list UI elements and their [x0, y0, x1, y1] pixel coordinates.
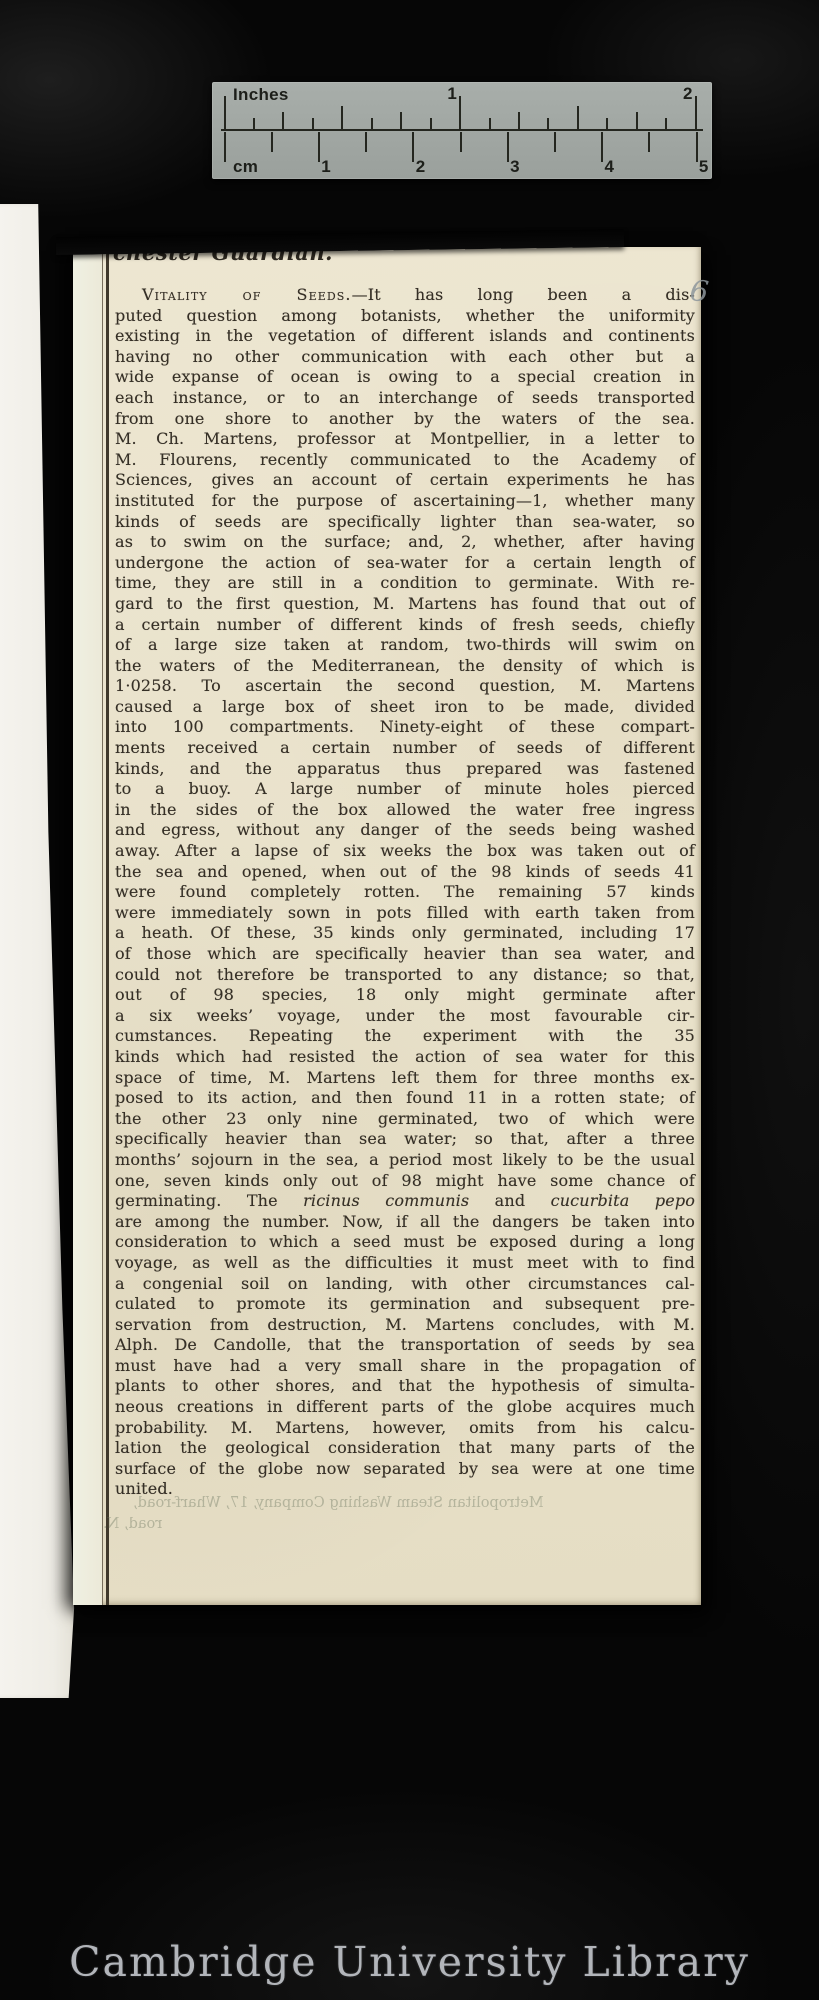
article-line: M. Ch. Martens, professor at Montpellier… — [115, 429, 695, 450]
article-line: the sea and opened, when out of the 98 k… — [115, 862, 695, 883]
article-line: months’ sojourn in the sea, a period mos… — [115, 1150, 695, 1171]
ghost-line: Metropolitan Steam Washing Company, 17, … — [133, 1495, 544, 1511]
article-line: the waters of the Mediterranean, the den… — [115, 656, 695, 677]
article-line: Vitality of Seeds.—It has long been a di… — [115, 285, 695, 306]
column-rule — [106, 247, 109, 1605]
ruler-cm-number: 1 — [321, 157, 331, 177]
cm-tick — [601, 132, 603, 162]
cm-tick — [224, 132, 226, 162]
article-line: from one shore to another by the waters … — [115, 409, 695, 430]
inch-tick — [577, 106, 579, 130]
article-line: to a buoy. A large number of minute hole… — [115, 779, 695, 800]
margin-annotation: 6 — [688, 273, 710, 309]
article-line: as to swim on the surface; and, 2, wheth… — [115, 532, 695, 553]
inch-tick — [636, 112, 638, 130]
article-line: one, seven kinds only out of 98 might ha… — [115, 1171, 695, 1192]
ruler: Inches cm 1212345 — [212, 82, 712, 179]
article-line: must have had a very small share in the … — [115, 1356, 695, 1377]
inch-tick — [341, 106, 343, 130]
article-line: are among the number. Now, if all the da… — [115, 1212, 695, 1233]
article-line: plants to other shores, and that the hyp… — [115, 1376, 695, 1397]
inch-tick — [282, 112, 284, 130]
cm-tick — [460, 132, 462, 152]
article-line: into 100 compartments. Ninety-eight of t… — [115, 717, 695, 738]
ruler-cm-number: 3 — [510, 157, 520, 177]
cm-tick — [648, 132, 650, 152]
newspaper-clipping: chester Guardian. Vitality of Seeds.—It … — [73, 247, 701, 1605]
cm-tick — [318, 132, 320, 162]
ruler-cm-label: cm — [233, 157, 258, 177]
column-rule-thin — [102, 247, 103, 1605]
article-line: away. After a lapse of six weeks the box… — [115, 841, 695, 862]
inch-tick — [518, 112, 520, 130]
article-line: surface of the globe now separated by se… — [115, 1459, 695, 1480]
library-watermark: Cambridge University Library — [0, 1938, 819, 1986]
cm-tick — [365, 132, 367, 152]
article-line: 1·0258. To ascertain the second question… — [115, 676, 695, 697]
article-line: of those which are specifically heavier … — [115, 944, 695, 965]
article-line: voyage, as well as the difficulties it m… — [115, 1253, 695, 1274]
article-line: a certain number of different kinds of f… — [115, 615, 695, 636]
clipping-margin — [73, 247, 103, 1605]
article-line: posed to its action, and then found 11 i… — [115, 1088, 695, 1109]
article-line: a congenial soil on landing, with other … — [115, 1274, 695, 1295]
ruler-cm-number: 5 — [699, 157, 709, 177]
photo-stage: Inches cm 1212345 chester Guardian. Vita… — [0, 0, 819, 2000]
inch-tick — [695, 96, 697, 130]
ghost-line: road, N. — [103, 1516, 162, 1532]
article-line: culated to promote its germination and s… — [115, 1294, 695, 1315]
ruler-cm-ticks — [212, 132, 712, 179]
ruler-separator-line — [221, 129, 703, 131]
cm-tick — [271, 132, 273, 152]
ruler-inch-number: 2 — [683, 84, 693, 104]
article-line: could not therefore be transported to an… — [115, 965, 695, 986]
article-line: kinds which had resisted the action of s… — [115, 1047, 695, 1068]
article-line: kinds, and the apparatus thus prepared w… — [115, 759, 695, 780]
inch-tick — [400, 112, 402, 130]
article-line: kinds of seeds are specifically lighter … — [115, 512, 695, 533]
cm-tick — [696, 132, 698, 162]
article-line: out of 98 species, 18 only might germina… — [115, 985, 695, 1006]
ruler-inch-ticks — [212, 82, 712, 130]
article-line: germinating. The ricinus communis and cu… — [115, 1191, 695, 1212]
article-line: a heath. Of these, 35 kinds only germina… — [115, 923, 695, 944]
article-line: probability. M. Martens, however, omits … — [115, 1418, 695, 1439]
article-line: each instance, or to an interchange of s… — [115, 388, 695, 409]
article-line: caused a large box of sheet iron to be m… — [115, 697, 695, 718]
article-lines: Vitality of Seeds.—It has long been a di… — [115, 285, 695, 1500]
ruler-cm-number: 2 — [416, 157, 426, 177]
cm-tick — [507, 132, 509, 162]
article-line: a six weeks’ voyage, under the most favo… — [115, 1006, 695, 1027]
article-line: space of time, M. Martens left them for … — [115, 1068, 695, 1089]
article-line: neous creations in different parts of th… — [115, 1397, 695, 1418]
article-line: time, they are still in a condition to g… — [115, 573, 695, 594]
article-line: in the sides of the box allowed the wate… — [115, 800, 695, 821]
showthrough-ghost-text: Metropolitan Steam Washing Company, 17, … — [103, 1495, 678, 1555]
article-line: Sciences, gives an account of certain ex… — [115, 470, 695, 491]
book-page-edge — [0, 204, 78, 1698]
article-line: were immediately sown in pots filled wit… — [115, 903, 695, 924]
article-line: were found completely rotten. The remain… — [115, 882, 695, 903]
ruler-inch-number: 1 — [447, 84, 457, 104]
article-line: of a large size taken at random, two-thi… — [115, 635, 695, 656]
ruler-cm-number: 4 — [605, 157, 615, 177]
article-line: consideration to which a seed must be ex… — [115, 1232, 695, 1253]
article-line: and egress, without any danger of the se… — [115, 820, 695, 841]
article-line: wide expanse of ocean is owing to a spec… — [115, 367, 695, 388]
inch-tick — [224, 96, 226, 130]
article-line: specifically heavier than sea water; so … — [115, 1129, 695, 1150]
article-line: ments received a certain number of seeds… — [115, 738, 695, 759]
article-line: the other 23 only nine germinated, two o… — [115, 1109, 695, 1130]
article-line: instituted for the purpose of ascertaini… — [115, 491, 695, 512]
article-line: Alph. De Candolle, that the transportati… — [115, 1335, 695, 1356]
article-line: puted question among botanists, whether … — [115, 306, 695, 327]
article-line: M. Flourens, recently communicated to th… — [115, 450, 695, 471]
inch-tick — [459, 96, 461, 130]
article-line: undergone the action of sea-water for a … — [115, 553, 695, 574]
article-line: servation from destruction, M. Martens c… — [115, 1315, 695, 1336]
article-line: existing in the vegetation of different … — [115, 326, 695, 347]
article-line: having no other communication with each … — [115, 347, 695, 368]
article-line: gard to the first question, M. Martens h… — [115, 594, 695, 615]
article-line: lation the geological consideration that… — [115, 1438, 695, 1459]
cm-tick — [412, 132, 414, 162]
cm-tick — [554, 132, 556, 152]
article-line: cumstances. Repeating the experiment wit… — [115, 1026, 695, 1047]
